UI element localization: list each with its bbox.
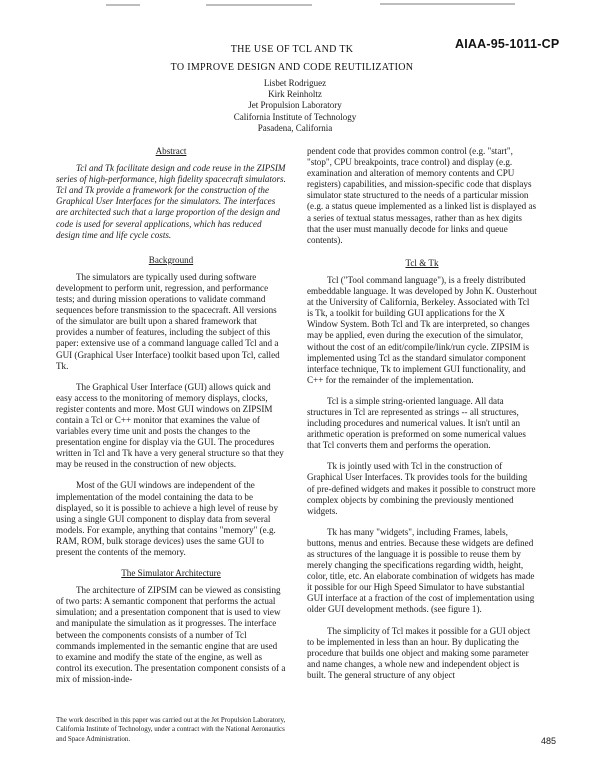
body-paragraph: The simulators are typically used during… [56,272,286,372]
background-heading: Background [56,255,286,266]
page-number: 485 [541,736,556,746]
scan-artifact [380,3,515,5]
author-name: Kirk Reinholtz [0,89,600,100]
affiliation-line: California Institute of Technology [0,112,600,123]
abstract-heading: Abstract [56,146,286,157]
paper-title-line-1: THE USE OF TCL AND TK [0,44,592,55]
left-column: Abstract Tcl and Tk facilitate design an… [56,146,286,695]
body-paragraph: Most of the GUI windows are independent … [56,480,286,558]
right-column: pendent code that provides common contro… [307,146,537,691]
affiliation-line: Jet Propulsion Laboratory [0,100,600,111]
body-paragraph: Tk is jointly used with Tcl in the const… [307,461,537,516]
abstract-text: Tcl and Tk facilitate design and code re… [56,163,286,241]
body-paragraph: The simplicity of Tcl makes it possible … [307,626,537,681]
footnote: The work described in this paper was car… [56,716,286,744]
paper-title-line-2: TO IMPROVE DESIGN AND CODE REUTILIZATION [0,62,592,73]
body-paragraph: pendent code that provides common contro… [307,146,537,246]
scan-artifact [106,4,140,6]
author-name: Lisbet Rodriguez [0,78,600,89]
body-paragraph: Tk has many "widgets", including Frames,… [307,527,537,616]
body-paragraph: Tcl ("Tool command language"), is a free… [307,275,537,386]
tcl-tk-heading: Tcl & Tk [307,258,537,269]
body-paragraph: Tcl is a simple string-oriented language… [307,396,537,451]
architecture-heading: The Simulator Architecture [56,568,286,579]
body-paragraph: The architecture of ZIPSIM can be viewed… [56,585,286,685]
body-paragraph: The Graphical User Interface (GUI) allow… [56,382,286,471]
author-block: Lisbet Rodriguez Kirk Reinholtz Jet Prop… [0,78,600,134]
affiliation-line: Pasadena, California [0,123,600,134]
scan-artifact [206,4,312,6]
